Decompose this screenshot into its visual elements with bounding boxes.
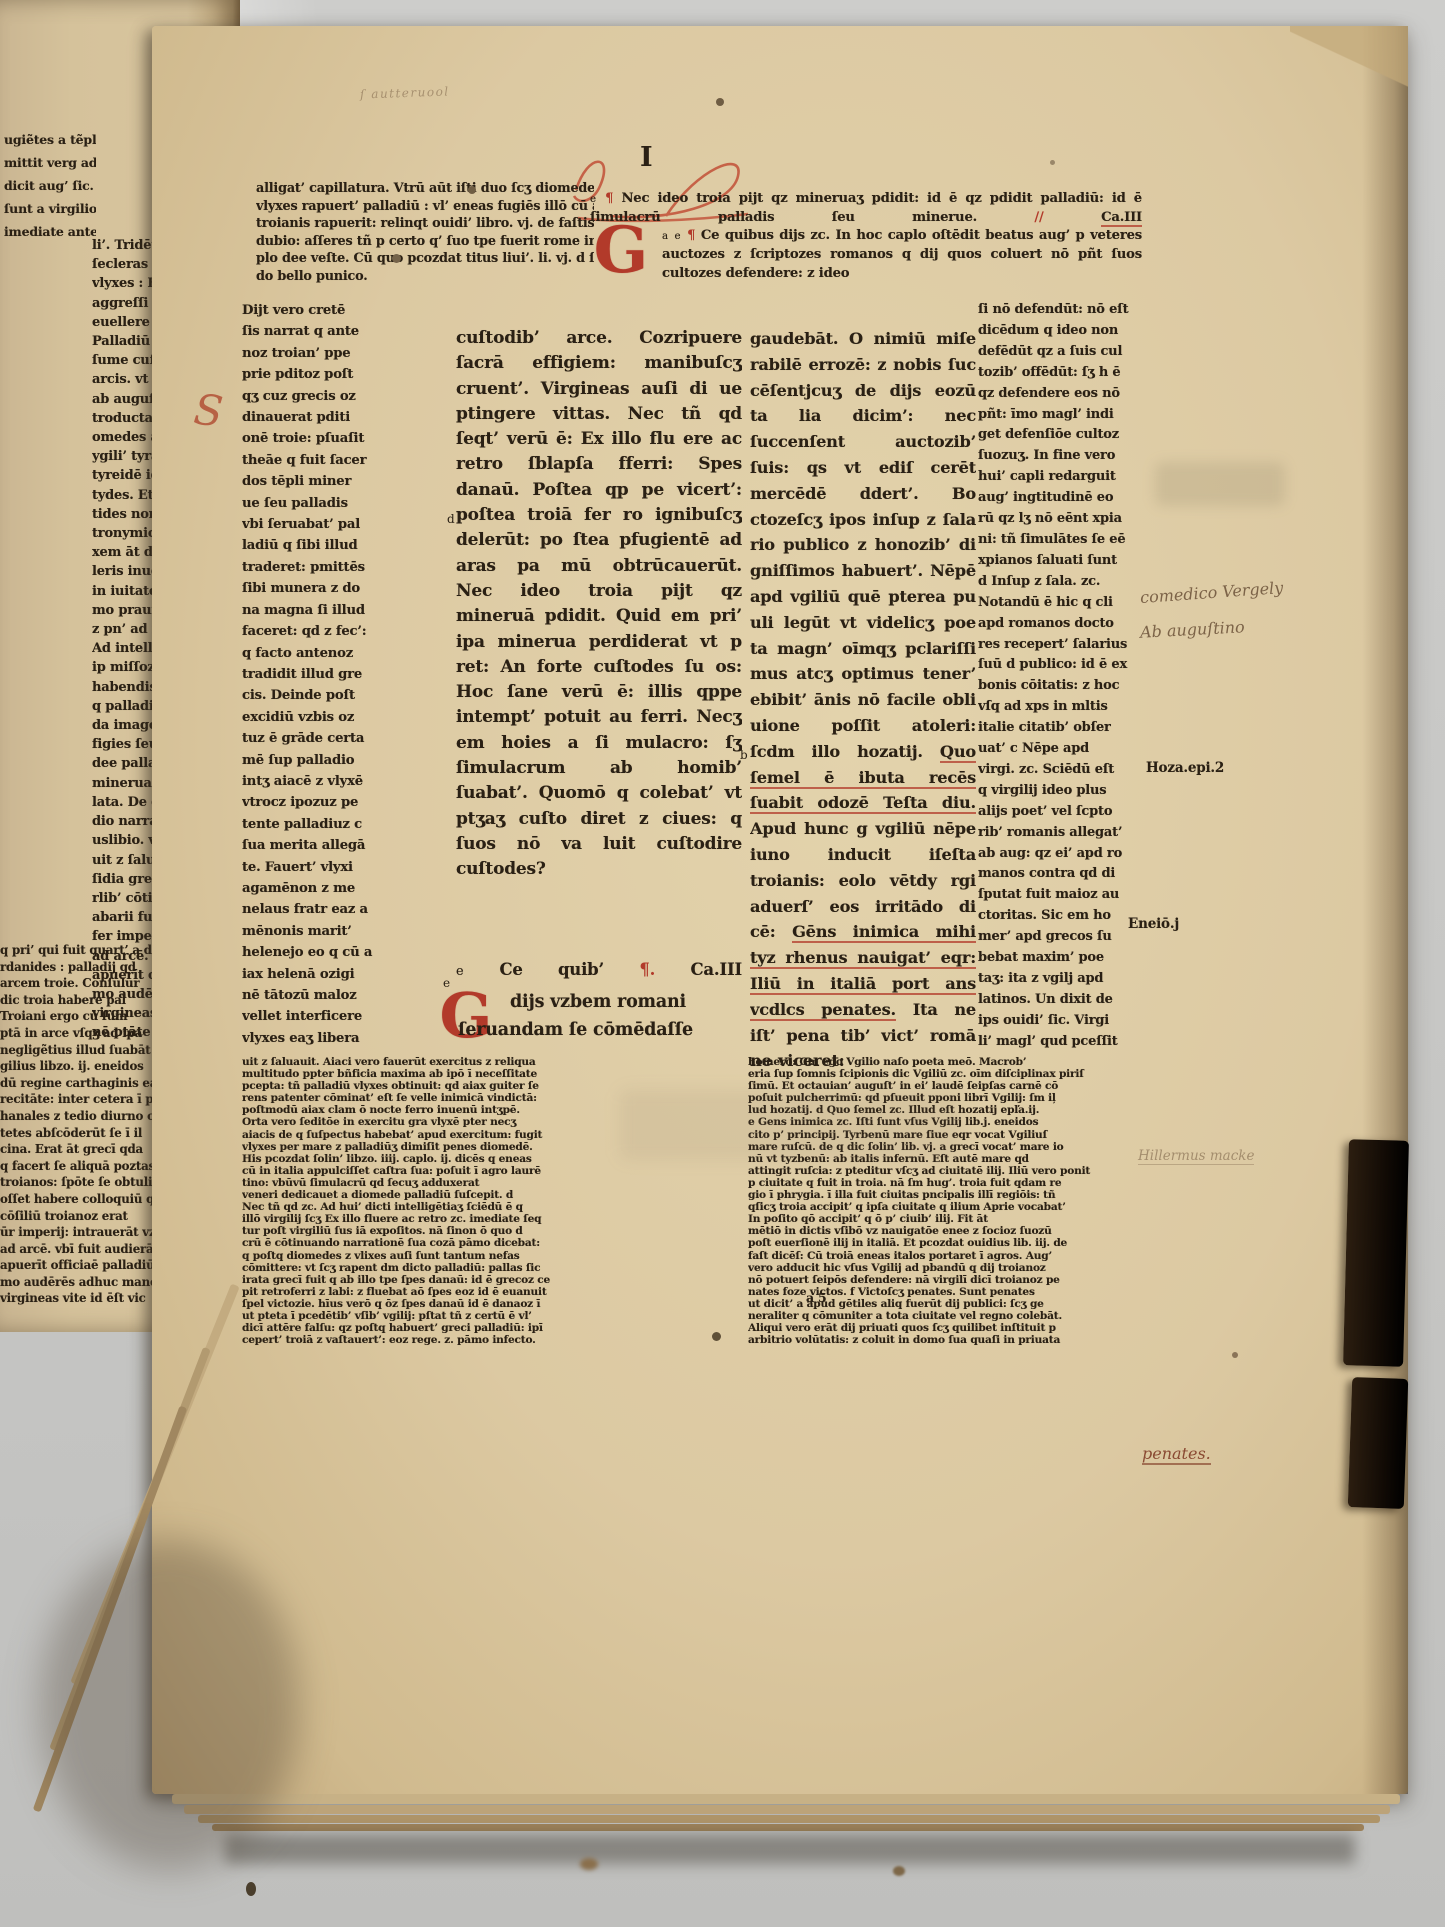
wormhole-stain xyxy=(716,98,724,106)
main-text-column-a: cuſtodib’ arce. Cozripuere ſacrā effigie… xyxy=(456,326,742,946)
wormhole-stain xyxy=(468,186,476,194)
left-page-far-column-top: ugiẽtes a tẽplis z arismittit verg ad ſc… xyxy=(4,128,96,243)
guide-letter-d: d xyxy=(447,512,455,526)
page-edge-strip xyxy=(172,1794,1400,1804)
left-shadow xyxy=(40,1540,300,1870)
top-left-column: alligat’ capillatura. Vtrū aūt iſti duo … xyxy=(256,180,594,286)
quire-signature: a 5 xyxy=(806,1290,827,1305)
book-photograph: ugiẽtes a tẽplis z arismittit verg ad ſc… xyxy=(0,0,1445,1927)
chapter-line-1: dijs vzbem romani xyxy=(510,992,686,1012)
main-text-column-b: gaudebāt. O nimiū miſe rabilē errozē: z … xyxy=(750,326,976,1082)
leather-clasp-upper xyxy=(1343,1139,1409,1366)
margin-hand-note-penates: penates. xyxy=(1142,1444,1211,1465)
stain xyxy=(1050,160,1055,165)
book-shadow xyxy=(225,1834,1355,1864)
stain xyxy=(580,1858,598,1870)
stain xyxy=(1232,1352,1238,1358)
stain xyxy=(893,1866,905,1876)
page-edge-strip xyxy=(212,1824,1364,1831)
page-edge-strip xyxy=(184,1805,1390,1814)
chapter-initial-top: G xyxy=(584,222,658,280)
guide-letter-b: b xyxy=(740,748,748,762)
middle-left-commentary-column: Dijt vero cretēſis narrat q antenoz troi… xyxy=(242,300,458,1049)
wormhole-stain xyxy=(712,1332,721,1341)
margin-ref-horace: Hoza.epi.2 xyxy=(1146,760,1224,776)
chapter-line-2: ſeruandam ſe cōmēdaſſe xyxy=(458,1020,693,1040)
top-right-column-b: a e ¶ Ce quibus dijs zc. In hoc caplo oſ… xyxy=(662,227,1142,305)
leather-clasp-lower xyxy=(1348,1377,1409,1509)
red-pen-mark: S xyxy=(192,385,226,437)
right-commentary-column: ſi nō defendūt: nō eſtdicēdum q ideo non… xyxy=(978,300,1146,1053)
top-right-column-a: e ¶ Nec ideo troia pijt qz mineruaʒ pdid… xyxy=(590,190,1142,230)
guide-letter-e: e xyxy=(443,976,450,990)
stain xyxy=(246,1882,256,1896)
chapter-heading-row: e Ce quib’ ¶. Ca.III xyxy=(456,960,742,986)
page-corner-fold xyxy=(1290,26,1408,96)
margin-ref-aeneid: Eneiō.j xyxy=(1128,916,1179,932)
page-edge-strip xyxy=(198,1815,1380,1823)
wormhole-stain xyxy=(392,254,401,263)
margin-hand-note-2: Hillermus macke xyxy=(1138,1148,1254,1165)
ink-showthrough xyxy=(620,1090,960,1160)
ink-showthrough xyxy=(1155,462,1285,506)
